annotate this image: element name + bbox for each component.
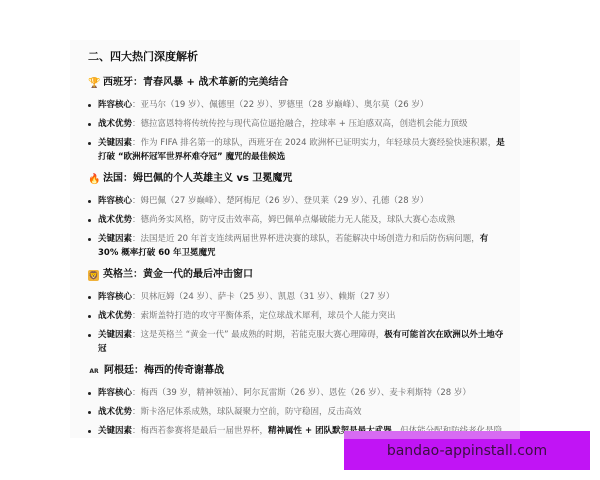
team-heading-text: 西班牙：青春风暴 + 战术革新的完美结合 bbox=[103, 76, 288, 90]
list-item: 战术优势：斯卡洛尼体系成熟，球队凝聚力空前，防守稳固，反击高效 bbox=[88, 405, 508, 419]
trophy-icon: 🏆 bbox=[88, 78, 99, 89]
list-item: 战术优势：索斯盖特打造的攻守平衡体系，定位球战术犀利，球员个人能力突出 bbox=[88, 309, 508, 323]
team-heading-england: 🦁 英格兰：黄金一代的最后冲击窗口 bbox=[88, 268, 508, 282]
list-item: 阵容核心：梅西（39 岁，精神领袖）、阿尔瓦雷斯（26 岁）、恩佐（26 岁）、… bbox=[88, 386, 508, 400]
point-text: ：这是英格兰 “黄金一代” 最成熟的时期，若能克服大赛心理障碍， bbox=[132, 330, 384, 340]
point-label: 关键因素 bbox=[98, 426, 132, 436]
list-item: 关键因素：这是英格兰 “黄金一代” 最成熟的时期，若能克服大赛心理障碍，极有可能… bbox=[88, 328, 508, 356]
point-label: 战术优势 bbox=[98, 407, 132, 417]
watermark-text: bandao-appinstall.com bbox=[344, 439, 590, 463]
team-heading-spain: 🏆 西班牙：青春风暴 + 战术革新的完美结合 bbox=[88, 76, 508, 90]
flame-icon: 🔥 bbox=[88, 174, 99, 185]
team-heading-text: 英格兰：黄金一代的最后冲击窗口 bbox=[103, 268, 253, 282]
list-item: 战术优势：德尚务实风格，防守反击效率高，姆巴佩单点爆破能力无人能及，球队大赛心态… bbox=[88, 213, 508, 227]
team-heading-text: 法国：姆巴佩的个人英雄主义 vs 卫冕魔咒 bbox=[103, 172, 292, 186]
point-text: ：贝林厄姆（24 岁）、萨卡（25 岁）、凯恩（31 岁）、赖斯（27 岁） bbox=[132, 292, 394, 302]
list-item: 阵容核心：贝林厄姆（24 岁）、萨卡（25 岁）、凯恩（31 岁）、赖斯（27 … bbox=[88, 290, 508, 304]
point-label: 战术优势 bbox=[98, 119, 132, 129]
point-text: ：梅西若参赛将是最后一届世界杯， bbox=[132, 426, 268, 436]
article-content: 二、四大热门深度解析 🏆 西班牙：青春风暴 + 战术革新的完美结合 阵容核心：亚… bbox=[70, 40, 508, 438]
list-item: 战术优势：德拉富恩特将传统传控与现代高位逼抢融合，控球率 + 压迫感双高，创造机… bbox=[88, 117, 508, 131]
point-text: ：梅西（39 岁，精神领袖）、阿尔瓦雷斯（26 岁）、恩佐（26 岁）、麦卡利斯… bbox=[132, 388, 471, 398]
team-heading-argentina: AR 阿根廷：梅西的传奇谢幕战 bbox=[88, 364, 508, 378]
watermark: bandao-appinstall.com bbox=[344, 431, 590, 470]
point-text: ：德拉富恩特将传统传控与现代高位逼抢融合，控球率 + 压迫感双高，创造机会能力顶… bbox=[132, 119, 468, 129]
team-points-spain: 阵容核心：亚马尔（19 岁）、佩德里（22 岁）、罗德里（28 岁巅峰）、奥尔莫… bbox=[88, 98, 508, 164]
point-label: 阵容核心 bbox=[98, 196, 132, 206]
point-text: ：姆巴佩（27 岁巅峰）、楚阿梅尼（26 岁）、登贝莱（29 岁）、孔德（28 … bbox=[132, 196, 428, 206]
team-points-england: 阵容核心：贝林厄姆（24 岁）、萨卡（25 岁）、凯恩（31 岁）、赖斯（27 … bbox=[88, 290, 508, 356]
lion-icon: 🦁 bbox=[88, 270, 99, 281]
point-text: ：斯卡洛尼体系成熟，球队凝聚力空前，防守稳固，反击高效 bbox=[132, 407, 362, 417]
chevron-down-icon[interactable]: ⌄ bbox=[289, 424, 299, 432]
list-item: 关键因素：法国是近 20 年首支连续两届世界杯进决赛的球队，若能解决中场创造力和… bbox=[88, 232, 508, 260]
point-text: ：亚马尔（19 岁）、佩德里（22 岁）、罗德里（28 岁巅峰）、奥尔莫（26 … bbox=[132, 100, 428, 110]
page: 二、四大热门深度解析 🏆 西班牙：青春风暴 + 战术革新的完美结合 阵容核心：亚… bbox=[0, 0, 600, 480]
team-heading-text: 阿根廷：梅西的传奇谢幕战 bbox=[104, 364, 224, 378]
point-text: ：德尚务实风格，防守反击效率高，姆巴佩单点爆破能力无人能及，球队大赛心态成熟 bbox=[132, 215, 455, 225]
team-points-france: 阵容核心：姆巴佩（27 岁巅峰）、楚阿梅尼（26 岁）、登贝莱（29 岁）、孔德… bbox=[88, 194, 508, 260]
point-label: 关键因素 bbox=[98, 138, 132, 148]
point-label: 战术优势 bbox=[98, 311, 132, 321]
team-heading-france: 🔥 法国：姆巴佩的个人英雄主义 vs 卫冕魔咒 bbox=[88, 172, 508, 186]
point-label: 战术优势 bbox=[98, 215, 132, 225]
point-label: 阵容核心 bbox=[98, 292, 132, 302]
list-item: 关键因素：作为 FIFA 排名第一的球队，西班牙在 2024 欧洲杯已证明实力，… bbox=[88, 136, 508, 164]
argentina-flag-icon: AR bbox=[88, 366, 100, 377]
point-label: 阵容核心 bbox=[98, 100, 132, 110]
point-label: 关键因素 bbox=[98, 330, 132, 340]
point-label: 阵容核心 bbox=[98, 388, 132, 398]
article-panel: 二、四大热门深度解析 🏆 西班牙：青春风暴 + 战术革新的完美结合 阵容核心：亚… bbox=[70, 40, 520, 438]
point-label: 关键因素 bbox=[98, 234, 132, 244]
list-item: 阵容核心：姆巴佩（27 岁巅峰）、楚阿梅尼（26 岁）、登贝莱（29 岁）、孔德… bbox=[88, 194, 508, 208]
watermark-highlight-bar bbox=[344, 431, 520, 439]
point-text: ：索斯盖特打造的攻守平衡体系，定位球战术犀利，球员个人能力突出 bbox=[132, 311, 396, 321]
point-text: ：法国是近 20 年首支连续两届世界杯进决赛的球队，若能解决中场创造力和后防伤病… bbox=[132, 234, 480, 244]
point-text: ：作为 FIFA 排名第一的球队，西班牙在 2024 欧洲杯已证明实力，年轻球员… bbox=[132, 138, 496, 148]
list-item: 阵容核心：亚马尔（19 岁）、佩德里（22 岁）、罗德里（28 岁巅峰）、奥尔莫… bbox=[88, 98, 508, 112]
section-title: 二、四大热门深度解析 bbox=[88, 50, 508, 64]
